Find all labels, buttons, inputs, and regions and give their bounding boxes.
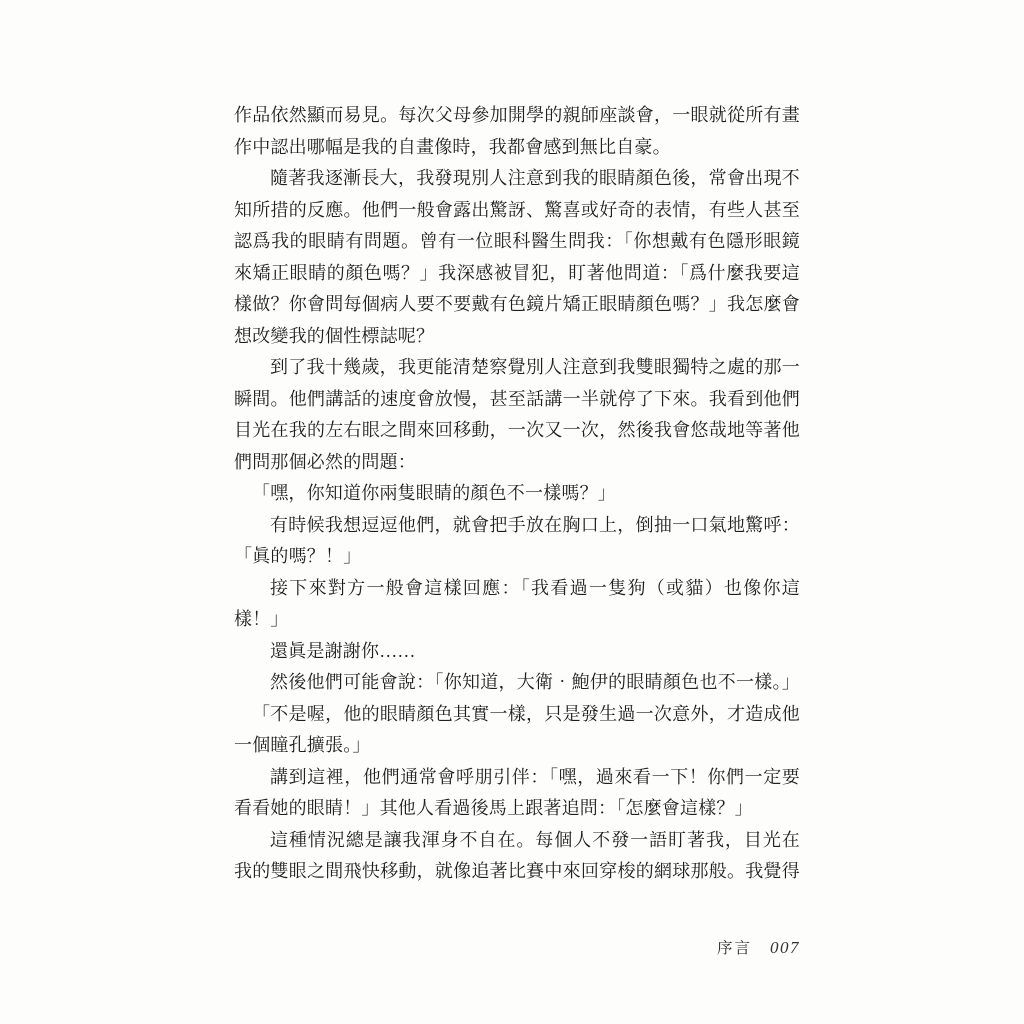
text-line: 然後他們可能會說：「你知道，大衛‧鮑伊的眼睛顏色也不一樣。」 [234,667,800,699]
text-line: 認爲我的眼睛有問題。曾有一位眼科醫生問我：「你想戴有色隱形眼鏡 [234,226,800,258]
text-line: 看看她的眼睛！」其他人看過後馬上跟著追問：「怎麼會這樣？」 [234,793,800,825]
text-line: 作品依然顯而易見。每次父母參加開學的親師座談會，一眼就從所有畫 [234,100,800,132]
text-line: 目光在我的左右眼之間來回移動，一次又一次，然後我會悠哉地等著他 [234,415,800,447]
footer-page-number: 007 [770,938,800,957]
text-line: 講到這裡，他們通常會呼朋引伴：「嘿，過來看一下！你們一定要 [234,762,800,794]
text-line: 「眞的嗎？！」 [234,541,800,573]
text-line: 們問那個必然的問題： [234,447,800,479]
text-line: 樣！」 [234,604,800,636]
page-footer: 序言 007 [234,936,800,958]
text-line: 來矯正眼睛的顏色嗎？」我深感被冒犯，盯著他問道：「爲什麼我要這 [234,258,800,290]
text-line: 瞬間。他們講話的速度會放慢，甚至話講一半就停了下來。我看到他們 [234,384,800,416]
text-line: 想改變我的個性標誌呢？ [234,321,800,353]
text-line: 有時候我想逗逗他們，就會把手放在胸口上，倒抽一口氣地驚呼： [234,510,800,542]
footer-section-title: 序言 [717,940,752,957]
text-line: 還眞是謝謝你…… [234,636,800,668]
text-line: 一個瞳孔擴張。」 [234,730,800,762]
text-line: 「不是喔，他的眼睛顏色其實一樣，只是發生過一次意外，才造成他 [234,699,800,731]
text-line: 知所措的反應。他們一般會露出驚訝、驚喜或好奇的表情，有些人甚至 [234,195,800,227]
text-line: 「嘿，你知道你兩隻眼睛的顏色不一樣嗎？」 [234,478,800,510]
book-page: 作品依然顯而易見。每次父母參加開學的親師座談會，一眼就從所有畫作中認出哪幅是我的… [0,0,1024,1024]
text-line: 作中認出哪幅是我的自畫像時，我都會感到無比自豪。 [234,132,800,164]
body-text: 作品依然顯而易見。每次父母參加開學的親師座談會，一眼就從所有畫作中認出哪幅是我的… [234,100,800,888]
text-line: 這種情況總是讓我渾身不自在。每個人不發一語盯著我，目光在 [234,825,800,857]
text-line: 隨著我逐漸長大，我發現別人注意到我的眼睛顏色後，常會出現不 [234,163,800,195]
text-line: 樣做？你會問每個病人要不要戴有色鏡片矯正眼睛顏色嗎？」我怎麼會 [234,289,800,321]
text-line: 到了我十幾歲，我更能清楚察覺別人注意到我雙眼獨特之處的那一 [234,352,800,384]
text-line: 我的雙眼之間飛快移動，就像追著比賽中來回穿梭的網球那般。我覺得 [234,856,800,888]
text-line: 接下來對方一般會這樣回應：「我看過一隻狗（或貓）也像你這 [234,573,800,605]
